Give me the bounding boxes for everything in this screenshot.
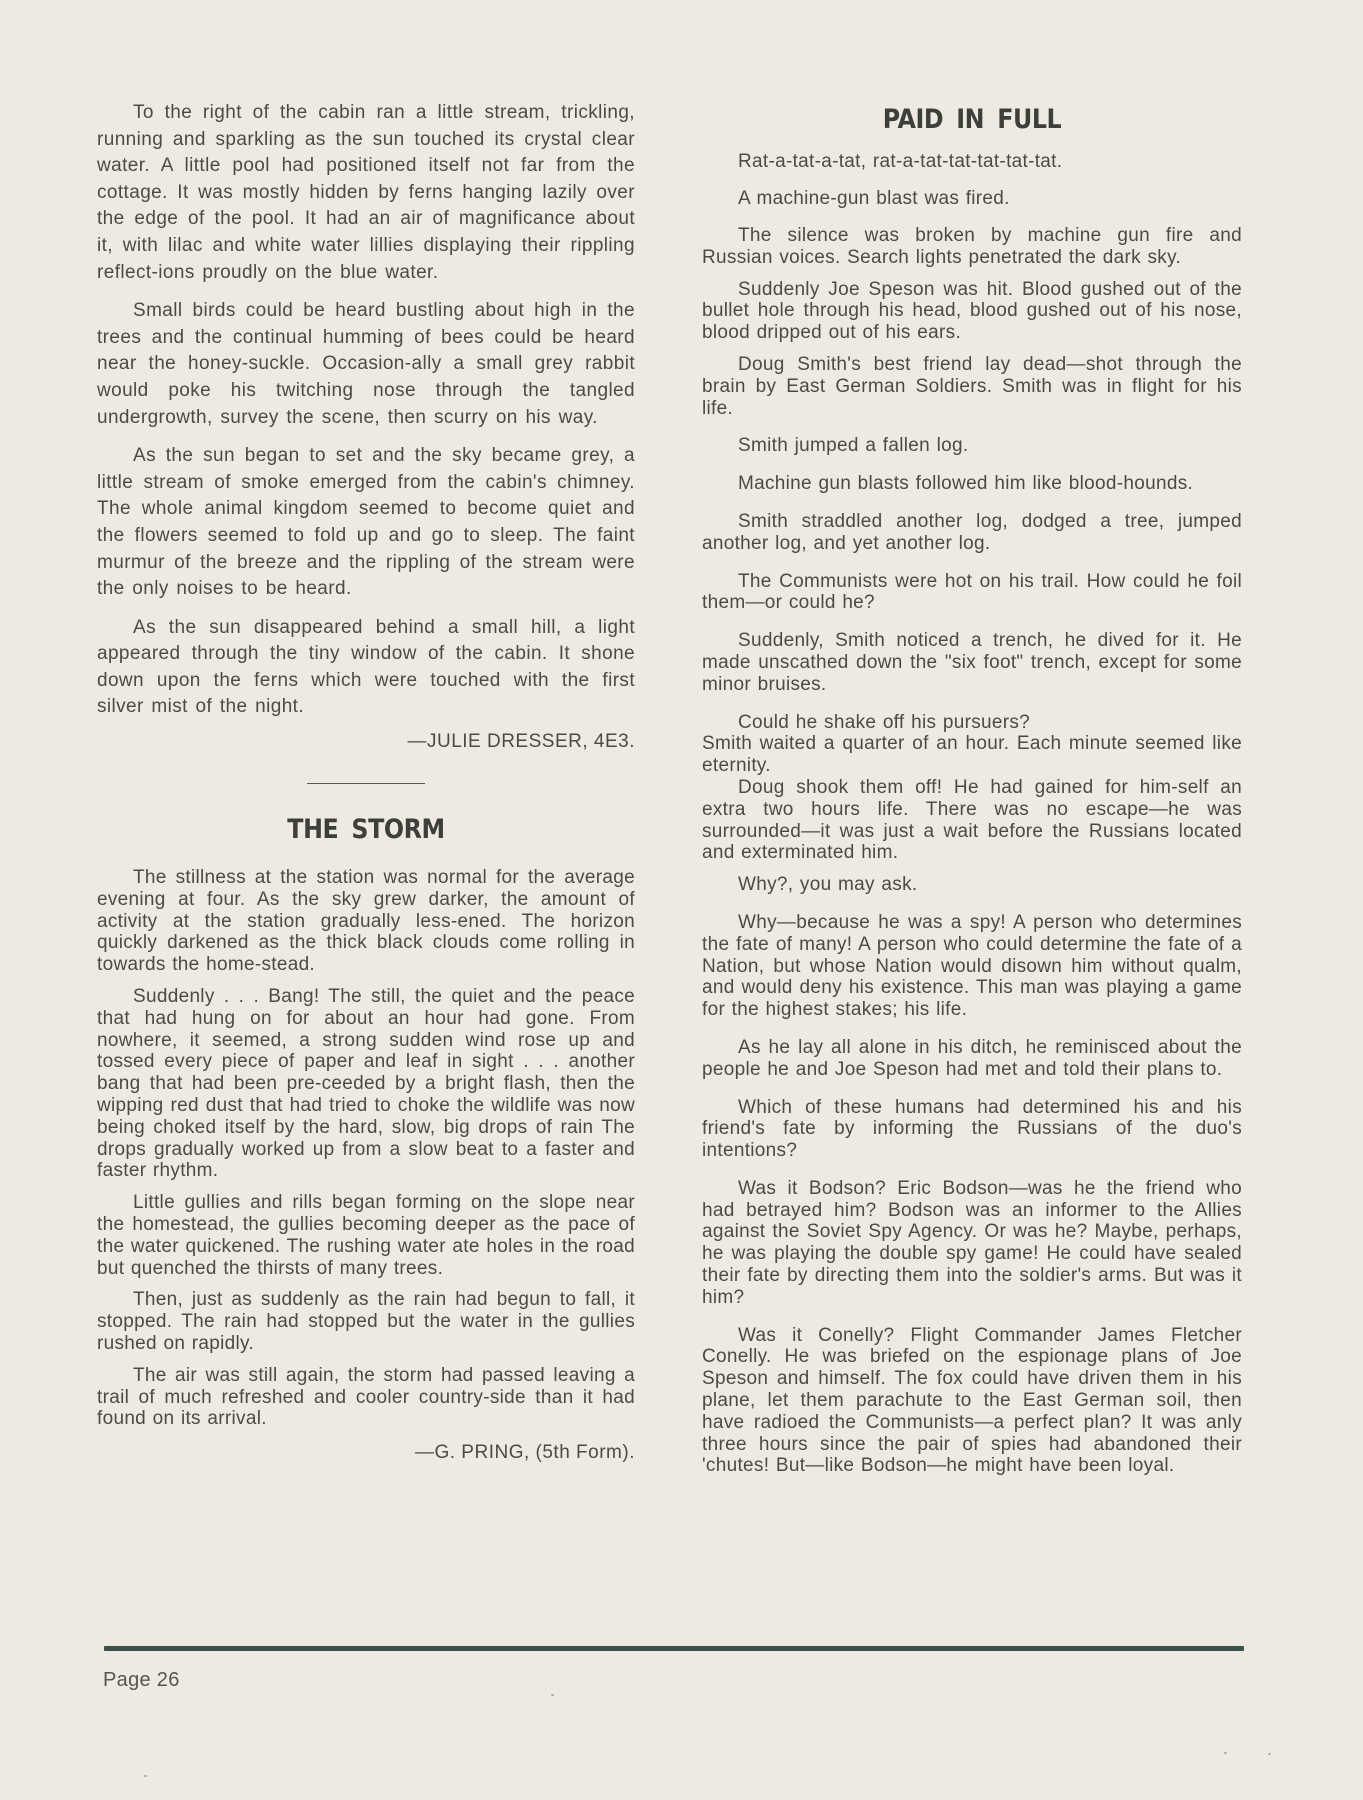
paragraph: Smith waited a quarter of an hour. Each … (702, 733, 1242, 777)
paragraph: Why?, you may ask. (702, 874, 1242, 896)
paragraph: Why—because he was a spy! A person who d… (702, 912, 1242, 1021)
print-speck (1268, 1753, 1271, 1755)
print-speck (551, 1694, 554, 1696)
paragraph: The silence was broken by machine gun fi… (702, 225, 1242, 269)
paragraph: Rat-a-tat-a-tat, rat-a-tat-tat-tat-tat-t… (702, 151, 1242, 173)
paragraph: Suddenly . . . Bang! The still, the quie… (97, 986, 635, 1182)
paragraph: Machine gun blasts followed him like blo… (702, 473, 1242, 495)
story-title: THE STORM (129, 814, 602, 845)
paragraph: As he lay all alone in his ditch, he rem… (702, 1037, 1242, 1081)
story-paid-in-full: PAID IN FULL Rat-a-tat-a-tat, rat-a-tat-… (702, 104, 1242, 1477)
paragraph: A machine-gun blast was fired. (702, 188, 1242, 210)
left-column: To the right of the cabin ran a little s… (97, 100, 635, 1464)
paragraph: Doug Smith's best friend lay dead—shot t… (702, 354, 1242, 419)
story-title: PAID IN FULL (734, 104, 1209, 135)
paragraph: Then, just as suddenly as the rain had b… (97, 1289, 635, 1354)
paragraph: The stillness at the station was normal … (97, 867, 635, 976)
paragraph: Was it Bodson? Eric Bodson—was he the fr… (702, 1178, 1242, 1309)
paragraph: As the sun began to set and the sky beca… (97, 443, 635, 603)
page-number: Page 26 (103, 1669, 180, 1692)
paragraph: The Communists were hot on his trail. Ho… (702, 571, 1242, 615)
paragraph: Small birds could be heard bustling abou… (97, 298, 635, 431)
paragraph: Suddenly, Smith noticed a trench, he div… (702, 630, 1242, 695)
paragraph: Little gullies and rills began forming o… (97, 1192, 635, 1279)
paragraph: Smith jumped a fallen log. (702, 435, 1242, 457)
paragraph: Could he shake off his pursuers? (702, 712, 1242, 734)
paragraph: Suddenly Joe Speson was hit. Blood gushe… (702, 279, 1242, 344)
section-divider (307, 783, 425, 784)
author-byline: —G. PRING, (5th Form). (97, 1442, 635, 1464)
paragraph: The air was still again, the storm had p… (97, 1365, 635, 1430)
footer-rule (104, 1646, 1244, 1651)
paragraph: To the right of the cabin ran a little s… (97, 100, 635, 286)
paragraph: As the sun disappeared behind a small hi… (97, 615, 635, 721)
author-byline: —JULIE DRESSER, 4E3. (97, 731, 635, 753)
right-column: PAID IN FULL Rat-a-tat-a-tat, rat-a-tat-… (702, 100, 1242, 1477)
paragraph: Was it Conelly? Flight Commander James F… (702, 1325, 1242, 1478)
story-cabin: To the right of the cabin ran a little s… (97, 100, 635, 753)
magazine-page: To the right of the cabin ran a little s… (0, 0, 1363, 1800)
paragraph: Which of these humans had determined his… (702, 1097, 1242, 1162)
story-the-storm: THE STORM The stillness at the station w… (97, 814, 635, 1464)
print-speck (144, 1775, 147, 1777)
paragraph: Smith straddled another log, dodged a tr… (702, 511, 1242, 555)
print-speck (1224, 1752, 1227, 1754)
paragraph: Doug shook them off! He had gained for h… (702, 777, 1242, 864)
